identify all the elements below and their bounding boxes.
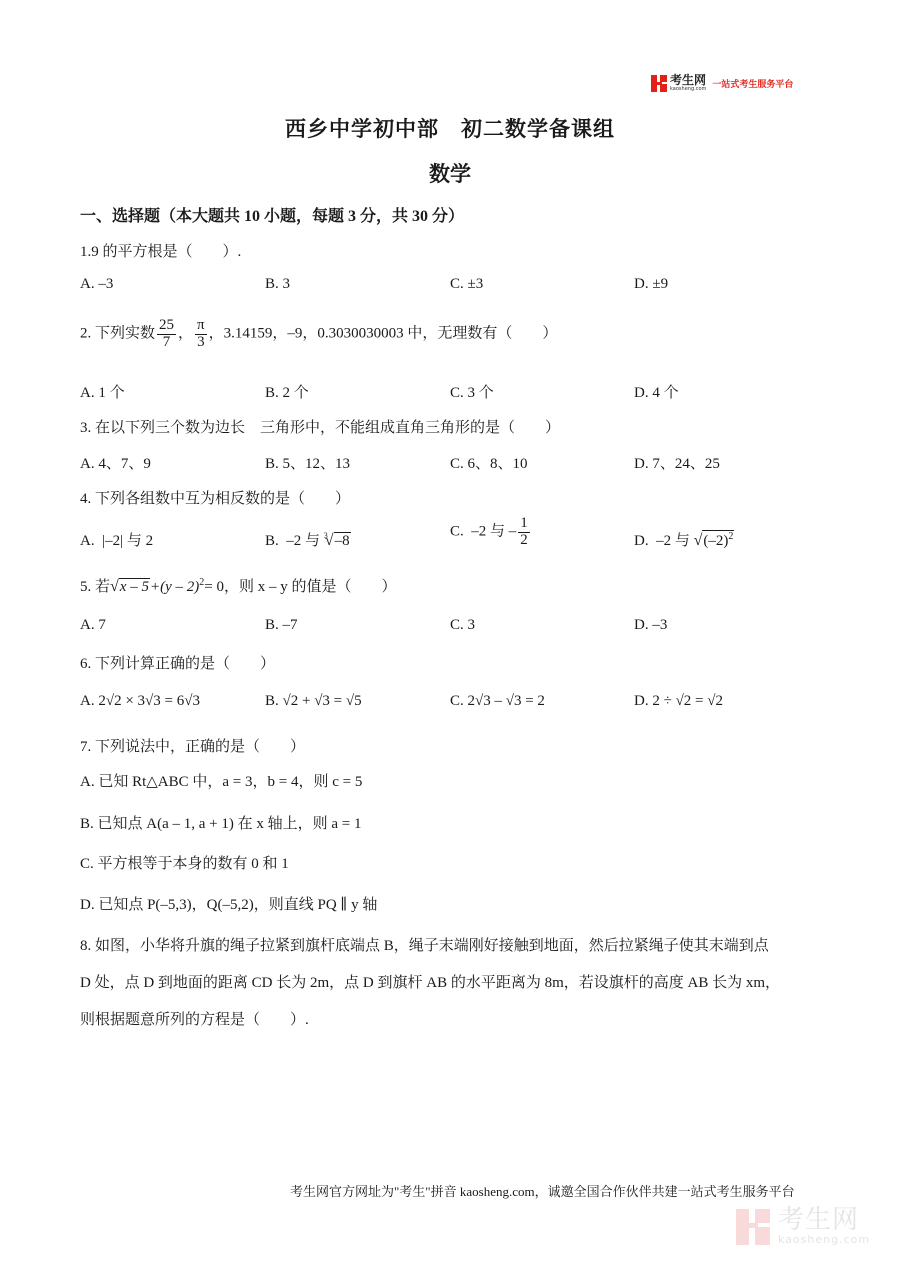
question-6: 6. 下列计算正确的是（ ） [80, 652, 275, 673]
kaosheng-logo: 考生网 kaosheng.com 一站式考生服务平台 [651, 72, 793, 94]
question-stem-rest: ，3.14159，–9，0.3030030003 中，无理数有（ ） [209, 326, 558, 342]
q1-option-c: C. ±3 [450, 276, 483, 293]
logo-slogan: 一站式考生服务平台 [712, 77, 793, 90]
question-8-line-3: 则根据题意所列的方程是（ ）. [80, 1002, 825, 1039]
question-number: 3. [80, 420, 91, 436]
question-8: 8. 如图，小华将升旗的绳子拉紧到旗杆底端点 B，绳子末端刚好接触到地面，然后拉… [80, 928, 825, 1039]
footer-notice: 考生网官方网址为"考生"拼音 kaosheng.com，诚邀全国合作伙伴共建一站… [290, 1181, 795, 1200]
watermark-brand-en: kaosheng.com [778, 1233, 870, 1246]
question-5: 5. 若√x – 5+(y – 2)2= 0，则 x – y 的值是（ ） [80, 575, 396, 596]
question-stem-prefix: 下列实数 [95, 326, 155, 342]
fraction-pi-3: π3 [195, 318, 207, 351]
q1-option-b: B. 3 [265, 276, 290, 293]
school-name: 西乡中学初中部 [285, 117, 439, 141]
question-7: 7. 下列说法中，正确的是（ ） [80, 735, 305, 756]
question-stem: 下列计算正确的是（ ） [95, 656, 275, 672]
q5-option-a: A. 7 [80, 617, 106, 634]
q2-option-c: C. 3 个 [450, 381, 494, 402]
q6-option-d: D. 2 ÷ √2 = √2 [634, 693, 723, 710]
q6-option-a: A. 2√2 × 3√3 = 6√3 [80, 693, 200, 710]
q2-option-a: A. 1 个 [80, 381, 125, 402]
q3-option-b: B. 5、12、13 [265, 452, 350, 473]
watermark-brand-cn: 考生网 [778, 1207, 870, 1233]
q3-option-d: D. 7、24、25 [634, 452, 720, 473]
document-title: 西乡中学初中部初二数学备课组 [0, 113, 900, 143]
question-8-line-1: 8. 如图，小华将升旗的绳子拉紧到旗杆底端点 B，绳子末端刚好接触到地面，然后拉… [80, 928, 825, 965]
q4-option-d: D. –2 与 √(–2)2 [634, 529, 734, 550]
q2-option-b: B. 2 个 [265, 381, 309, 402]
question-stem: 9 的平方根是（ ）. [91, 244, 241, 260]
question-1: 1.9 的平方根是（ ）. [80, 240, 241, 261]
q5-option-d: D. –3 [634, 617, 667, 634]
q3-option-a: A. 4、7、9 [80, 452, 151, 473]
question-number: 1. [80, 244, 91, 260]
question-8-line-2: D 处，点 D 到地面的距离 CD 长为 2m，点 D 到旗杆 AB 的水平距离… [80, 965, 825, 1002]
subject-title: 数学 [0, 158, 900, 188]
q7-option-c: C. 平方根等于本身的数有 0 和 1 [80, 852, 289, 873]
question-number: 6. [80, 656, 91, 672]
question-stem: 下列各组数中互为相反数的是（ ） [95, 491, 350, 507]
logo-brand-en: kaosheng.com [670, 87, 706, 92]
kaosheng-watermark: 考生网 kaosheng.com [736, 1207, 870, 1246]
q7-option-d: D. 已知点 P(–5,3)，Q(–5,2)，则直线 PQ ∥ y 轴 [80, 893, 377, 914]
q7-option-a: A. 已知 Rt△ABC 中，a = 3，b = 4，则 c = 5 [80, 770, 362, 791]
q1-option-d: D. ±9 [634, 276, 668, 293]
q4-option-c: C. –2 与 –12 [450, 516, 532, 549]
q6-option-c: C. 2√3 – √3 = 2 [450, 693, 545, 710]
question-number: 5. [80, 579, 91, 595]
question-stem: 下列说法中，正确的是（ ） [95, 739, 305, 755]
question-4: 4. 下列各组数中互为相反数的是（ ） [80, 487, 350, 508]
logo-brand-cn: 考生网 [670, 74, 706, 86]
question-number: 7. [80, 739, 91, 755]
question-3: 3. 在以下列三个数为边长 三角形中，不能组成直角三角形的是（ ） [80, 416, 560, 437]
q2-option-d: D. 4 个 [634, 381, 679, 402]
kaosheng-logo-icon [651, 75, 667, 92]
q6-option-b: B. √2 + √3 = √5 [265, 693, 362, 710]
question-number: 4. [80, 491, 91, 507]
q1-option-a: A. –3 [80, 276, 113, 293]
q4-option-b: B. –2 与 3√–8 [265, 529, 351, 550]
q3-option-c: C. 6、8、10 [450, 452, 528, 473]
group-name: 初二数学备课组 [461, 117, 615, 141]
fraction-25-7: 257 [157, 318, 176, 351]
question-stem: 在以下列三个数为边长 三角形中，不能组成直角三角形的是（ ） [95, 420, 560, 436]
q4-option-a: A. |–2| 与 2 [80, 529, 153, 550]
section-heading: 一、选择题（本大题共 10 小题，每题 3 分，共 30 分） [80, 203, 464, 226]
q5-option-b: B. –7 [265, 617, 298, 634]
q7-option-b: B. 已知点 A(a – 1, a + 1) 在 x 轴上，则 a = 1 [80, 812, 361, 833]
q5-option-c: C. 3 [450, 617, 475, 634]
question-number: 2. [80, 326, 91, 342]
kaosheng-watermark-icon [736, 1209, 770, 1245]
question-2: 2. 下列实数257，π3，3.14159，–9，0.3030030003 中，… [80, 318, 557, 351]
fraction-1-2: 12 [518, 516, 530, 549]
